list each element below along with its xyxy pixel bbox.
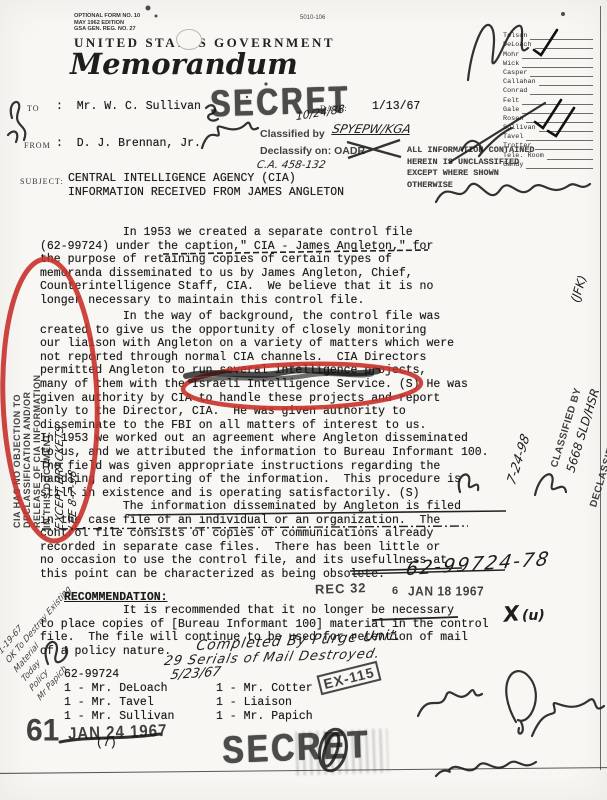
from-value: : D. J. Brennan, Jr.	[56, 137, 201, 151]
to-value: : Mr. W. C. Sullivan	[56, 100, 201, 114]
cia-release-text: CIA HAS NO OBJECTION TO DECLASSIFICATION…	[12, 260, 52, 528]
u-mark-hand: (u)	[522, 608, 545, 624]
secret-stamp-top: SECRET	[210, 79, 351, 126]
routing-rule-line	[530, 33, 593, 40]
rec-stamp: REC 32	[315, 580, 367, 597]
routing-row: Tavel	[503, 132, 593, 141]
routing-name: Callahan	[503, 78, 536, 86]
routing-rule-line	[522, 107, 593, 114]
routing-row: DeLoach	[503, 40, 593, 49]
received-number-stamp: 61	[26, 713, 59, 749]
routing-name: Sullivan	[503, 124, 536, 132]
subject-label: SUBJECT:	[20, 177, 64, 186]
routing-row: Mohr	[503, 49, 593, 58]
routing-name: Casper	[503, 69, 527, 77]
declassify-stamp: Declassify on: OADR	[260, 145, 365, 157]
cia-release-hand-2: LEE 8-7-98	[66, 260, 79, 531]
declassify-hand: C.A. 458-132	[256, 159, 327, 171]
routing-row: Callahan	[503, 77, 593, 86]
routing-rule-line	[526, 162, 593, 169]
memorandum-title: Memorandum	[70, 47, 298, 81]
routing-row: Tolson	[503, 31, 593, 40]
routing-rule-line	[522, 98, 593, 105]
rec-serial: 6	[392, 585, 398, 597]
whiteout-blob	[176, 29, 202, 50]
subject-value: CENTRAL INTELLIGENCE AGENCY (CIA) INFORM…	[68, 172, 344, 199]
all-info-stamp: ALL INFORMATION CONTAINED HEREIN IS UNCL…	[407, 145, 535, 191]
routing-rule-line	[526, 116, 593, 123]
routing-name: Felt	[503, 97, 519, 105]
memo-page: OPTIONAL FORM NO. 10 MAY 1962 EDITION GS…	[0, 0, 607, 800]
routing-name: Conrad	[503, 87, 527, 95]
routing-rule-line	[547, 153, 593, 160]
cia-release-stamp: CIA HAS NO OBJECTION TO DECLASSIFICATION…	[12, 260, 79, 528]
routing-rule-line	[526, 134, 593, 141]
date-value: 1/13/67	[372, 100, 420, 114]
wcs-initials-scribble	[418, 690, 482, 716]
routing-row: Gale	[503, 105, 593, 114]
routing-rule-line	[539, 79, 593, 86]
footer-file-number: 62-99724	[64, 668, 119, 682]
rec-date-stamp: JAN 18 1967	[408, 583, 484, 598]
routing-row: Sullivan	[503, 123, 593, 132]
routing-name: Gale	[503, 106, 519, 114]
balloon-scribble	[506, 671, 536, 734]
routing-rule-line	[530, 70, 593, 77]
routing-name: Tolson	[503, 32, 527, 40]
form-gsa: GSA GEN. REG. NO. 27	[74, 26, 140, 33]
routing-name: Wick	[503, 60, 519, 68]
routing-row: Rosen	[503, 114, 593, 123]
routing-name: Mohr	[503, 51, 519, 59]
routing-row: Conrad	[503, 86, 593, 95]
routing-rule-line	[522, 52, 593, 59]
routing-name: Rosen	[503, 115, 523, 123]
classified-by-stamp: Classified by	[260, 128, 325, 140]
form-code: 5010-106	[300, 15, 325, 21]
routing-rule-line	[530, 88, 593, 95]
cc-column-2: 1 - Mr. Cotter 1 - Liaison 1 - Mr. Papic…	[216, 682, 313, 724]
purge-note-3: 5/23/67	[169, 665, 222, 684]
routing-row: Wick	[503, 59, 593, 68]
paragraph-2: In the way of background, the control fi…	[40, 310, 489, 500]
form-edition: MAY 1962 EDITION	[74, 20, 140, 27]
form-no: OPTIONAL FORM NO. 10	[74, 13, 140, 20]
secret-stamp-bottom: SECRET	[221, 722, 370, 773]
ex-115-stamp: EX-115	[317, 661, 382, 695]
routing-rule-line	[539, 125, 593, 132]
to-label: TO	[27, 104, 40, 113]
routing-rule-line	[522, 61, 593, 68]
signature-scribble-bottom-right	[532, 699, 604, 736]
cc-column-1: 1 - Mr. DeLoach 1 - Mr. Tavel 1 - Mr. Su…	[64, 682, 174, 724]
left-margin-scribble-top	[8, 102, 25, 142]
paragraph-1: In 1953 we created a separate control fi…	[40, 226, 433, 308]
routing-row: Felt	[503, 95, 593, 104]
routing-row: Casper	[503, 68, 593, 77]
cia-release-hand-1: EXCEPT BRACKETS	[53, 260, 66, 531]
classified-by-right-stamp: 7-24-98 CLASSIFIED BY 5668 SLD/HSR DECLA…	[505, 241, 607, 509]
received-date-stamp: JAN 24 1967	[68, 721, 168, 744]
routing-rule-line	[535, 42, 593, 49]
from-label: FROM	[24, 141, 51, 150]
routing-name: Tavel	[503, 133, 523, 141]
classified-by-hand: SPYEPW/KGA	[331, 122, 412, 136]
routing-name: DeLoach	[503, 41, 532, 49]
x-mark-hand: X	[502, 601, 521, 627]
routing-rule-line	[535, 143, 593, 150]
form-identification: OPTIONAL FORM NO. 10 MAY 1962 EDITION GS…	[74, 13, 140, 33]
